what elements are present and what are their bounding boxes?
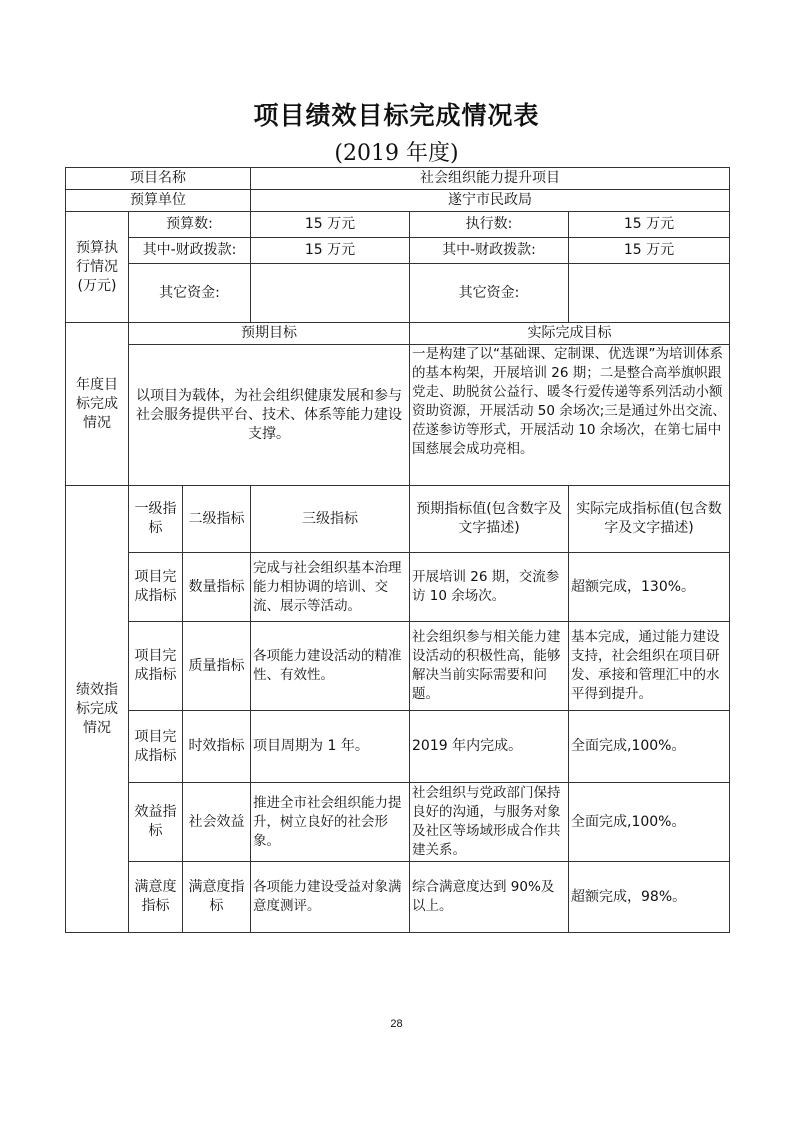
actual-value-cell: 全面完成,100%。 xyxy=(569,711,730,783)
other-funds-value-budget xyxy=(251,264,410,323)
expected-value-cell: 社会组织参与相关能力建设活动的积极性高，能够解决当前实际需要和问题。 xyxy=(410,622,569,711)
performance-section-label-line: 标完成 xyxy=(68,700,126,719)
exec-amount-label: 执行数: xyxy=(410,212,569,238)
expected-target-text: 以项目为载体，为社会组织健康发展和参与社会服务提供平台、技术、体系等能力建设支撑… xyxy=(129,345,410,486)
row-budget-amount: 预算执 行情况 (万元) 预算数: 15 万元 执行数: 15 万元 xyxy=(66,212,730,238)
annual-section-label-line: 年度目 xyxy=(68,376,126,395)
header-level1-indicator: 一级指标 xyxy=(129,486,183,553)
budget-unit-value: 遂宁市民政局 xyxy=(251,190,730,212)
page-number: 28 xyxy=(0,1018,793,1030)
table-row: 项目完成指标 数量指标 完成与社会组织基本治理能力相协调的培训、交流、展示等活动… xyxy=(66,553,730,622)
row-other-funds: 其它资金: 其它资金: xyxy=(66,264,730,323)
expected-target-header: 预期目标 xyxy=(129,323,410,345)
level3-cell: 推进全市社会组织能力提升，树立良好的社会形象。 xyxy=(251,783,410,862)
row-indicator-headers: 绩效指 标完成 情况 一级指标 二级指标 三级指标 预期指标值(包含数字及文字描… xyxy=(66,486,730,553)
actual-value-cell: 超额完成，98%。 xyxy=(569,862,730,933)
row-annual-headers: 年度目 标完成 情况 预期目标 实际完成目标 xyxy=(66,323,730,345)
performance-section-label-line: 情况 xyxy=(68,719,126,738)
performance-section-label: 绩效指 标完成 情况 xyxy=(66,486,129,933)
project-name-label: 项目名称 xyxy=(66,168,251,190)
table-row: 满意度指标 满意度指标 各项能力建设受益对象满意度测评。 综合满意度达到 90%… xyxy=(66,862,730,933)
header-actual-value: 实际完成指标值(包含数字及文字描述) xyxy=(569,486,730,553)
level1-cell: 项目完成指标 xyxy=(129,553,183,622)
expected-value-cell: 2019 年内完成。 xyxy=(410,711,569,783)
other-funds-label-exec: 其它资金: xyxy=(410,264,569,323)
annual-section-label-line: 情况 xyxy=(68,414,126,433)
level1-cell: 满意度指标 xyxy=(129,862,183,933)
actual-target-text: 一是构建了以“基础课、定制课、优选课”为培训体系的基本构架，开展培训 26 期；… xyxy=(410,345,730,486)
level3-cell: 完成与社会组织基本治理能力相协调的培训、交流、展示等活动。 xyxy=(251,553,410,622)
annual-section-label-line: 标完成 xyxy=(68,395,126,414)
other-funds-value-exec xyxy=(569,264,730,323)
exec-amount-value: 15 万元 xyxy=(569,212,730,238)
other-funds-label-budget: 其它资金: xyxy=(129,264,251,323)
budget-unit-label: 预算单位 xyxy=(66,190,251,212)
level2-cell: 社会效益 xyxy=(183,783,251,862)
performance-table: 项目名称 社会组织能力提升项目 预算单位 遂宁市民政局 预算执 行情况 (万元)… xyxy=(65,167,730,933)
table-row: 项目完成指标 时效指标 项目周期为 1 年。 2019 年内完成。 全面完成,1… xyxy=(66,711,730,783)
header-level3-indicator: 三级指标 xyxy=(251,486,410,553)
level3-cell: 各项能力建设活动的精准性、有效性。 xyxy=(251,622,410,711)
fiscal-allocation-value-exec: 15 万元 xyxy=(569,238,730,264)
budget-section-label-line: 行情况 xyxy=(68,258,126,277)
fiscal-allocation-label-exec: 其中-财政拨款: xyxy=(410,238,569,264)
row-fiscal-allocation: 其中-财政拨款: 15 万元 其中-财政拨款: 15 万元 xyxy=(66,238,730,264)
row-project-name: 项目名称 社会组织能力提升项目 xyxy=(66,168,730,190)
level2-cell: 时效指标 xyxy=(183,711,251,783)
table-row: 项目完成指标 质量指标 各项能力建设活动的精准性、有效性。 社会组织参与相关能力… xyxy=(66,622,730,711)
project-name-value: 社会组织能力提升项目 xyxy=(251,168,730,190)
document-title: 项目绩效目标完成情况表 xyxy=(0,96,793,132)
table-row: 效益指标 社会效益 推进全市社会组织能力提升，树立良好的社会形象。 社会组织与党… xyxy=(66,783,730,862)
fiscal-allocation-label-budget: 其中-财政拨款: xyxy=(129,238,251,264)
expected-value-cell: 开展培训 26 期，交流参访 10 余场次。 xyxy=(410,553,569,622)
level3-cell: 各项能力建设受益对象满意度测评。 xyxy=(251,862,410,933)
actual-value-cell: 全面完成,100%。 xyxy=(569,783,730,862)
expected-value-cell: 综合满意度达到 90%及以上。 xyxy=(410,862,569,933)
level3-cell: 项目周期为 1 年。 xyxy=(251,711,410,783)
fiscal-allocation-value-budget: 15 万元 xyxy=(251,238,410,264)
level1-cell: 效益指标 xyxy=(129,783,183,862)
level2-cell: 满意度指标 xyxy=(183,862,251,933)
expected-value-cell: 社会组织与党政部门保持良好的沟通，与服务对象及社区等场域形成合作共建关系。 xyxy=(410,783,569,862)
budget-section-label: 预算执 行情况 (万元) xyxy=(66,212,129,323)
annual-section-label: 年度目 标完成 情况 xyxy=(66,323,129,486)
level1-cell: 项目完成指标 xyxy=(129,711,183,783)
budget-amount-value: 15 万元 xyxy=(251,212,410,238)
row-budget-unit: 预算单位 遂宁市民政局 xyxy=(66,190,730,212)
header-level2-indicator: 二级指标 xyxy=(183,486,251,553)
budget-amount-label: 预算数: xyxy=(129,212,251,238)
level2-cell: 数量指标 xyxy=(183,553,251,622)
row-annual-content: 以项目为载体，为社会组织健康发展和参与社会服务提供平台、技术、体系等能力建设支撑… xyxy=(66,345,730,486)
budget-section-label-line: 预算执 xyxy=(68,239,126,258)
actual-value-cell: 基本完成，通过能力建设支持，社会组织在项目研发、承接和管理汇中的水平得到提升。 xyxy=(569,622,730,711)
performance-section-label-line: 绩效指 xyxy=(68,681,126,700)
header-expected-value: 预期指标值(包含数字及文字描述) xyxy=(410,486,569,553)
level1-cell: 项目完成指标 xyxy=(129,622,183,711)
budget-section-label-line: (万元) xyxy=(68,277,126,296)
level2-cell: 质量指标 xyxy=(183,622,251,711)
actual-value-cell: 超额完成，130%。 xyxy=(569,553,730,622)
actual-target-header: 实际完成目标 xyxy=(410,323,730,345)
document-subtitle-year: (2019 年度) xyxy=(0,136,793,167)
